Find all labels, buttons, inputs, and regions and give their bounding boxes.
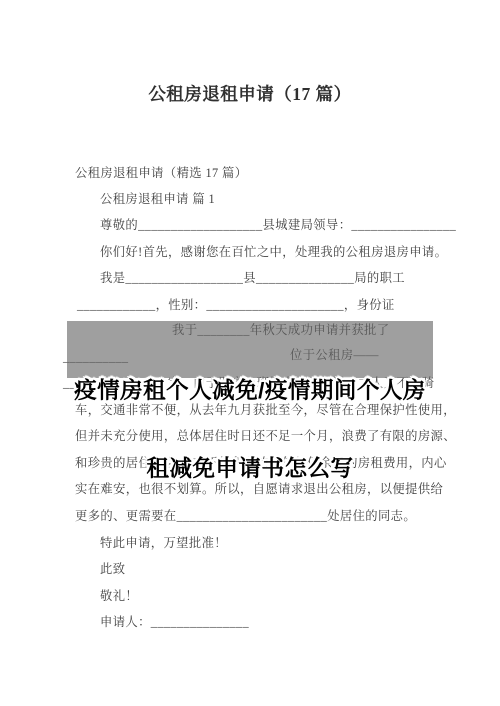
document-line: 你们好!首先，感谢您在百忙之中，处理我的公租房退房申请。: [100, 245, 447, 259]
document-line: 我是__________________县_______________局的职工: [100, 271, 405, 285]
document-line: 尊敬的___________________县城建局领导：___________…: [100, 218, 456, 232]
document-line: 此致: [100, 562, 125, 576]
document-line: 公租房退租申请 篇 1: [100, 192, 215, 206]
document-line: 特此申请，万望批准！: [100, 536, 227, 550]
watermark-title: 疫情房租个人减免/疫情期间个人房 租减免申请书怎么写: [0, 326, 500, 534]
document-line: 公租房退租申请（精选 17 篇）: [75, 166, 247, 180]
document-line: 敬礼！: [100, 589, 138, 603]
document-line: ____________，性别：_____________________，身份…: [77, 298, 395, 312]
document-line: 申请人：_______________: [100, 615, 249, 629]
document-page: 公租房退租申请（17 篇） 公租房退租申请（精选 17 篇） 公租房退租申请 篇…: [0, 0, 500, 706]
page-title: 公租房退租申请（17 篇）: [0, 81, 500, 106]
watermark-title-line1: 疫情房租个人减免/疫情期间个人房: [0, 378, 500, 404]
watermark-title-line2: 租减免申请书怎么写: [0, 456, 500, 482]
